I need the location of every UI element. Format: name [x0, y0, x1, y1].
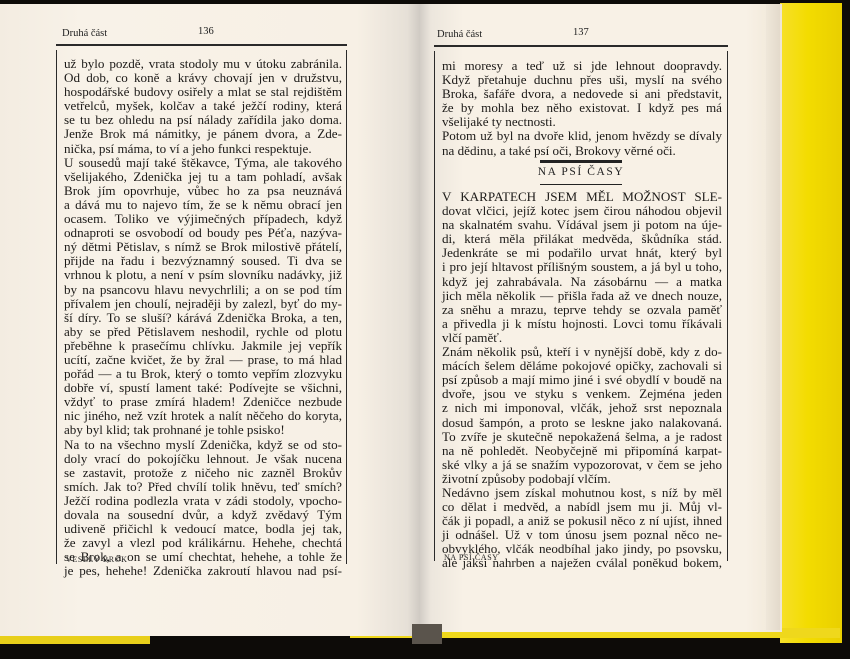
text-line: ji odnášel. Už v tom únosu jsem poznal n…	[442, 528, 722, 542]
text-line: vždyť to prase zmírá hladem! Zdeničce ne…	[64, 395, 342, 409]
text-line: smích. Jak to? Před chvílí tolik hněvu, …	[64, 480, 342, 494]
text-line: a dává mu to najevo tím, že se k němu ob…	[64, 198, 342, 212]
text-line: Znám několik psů, kteří i v nynější době…	[442, 345, 722, 359]
footer-left: VESELÝ BROK	[66, 555, 128, 564]
text-line: všelijakého, Zdenička jej tu a tam pohla…	[64, 170, 342, 184]
running-head-left: Druhá část	[62, 28, 107, 39]
text-line: aby se před Pětislavem neshodil, rychle …	[64, 325, 342, 339]
left-page-body-text: už bylo pozdě, vrata stodoly mu v útoku …	[64, 57, 342, 578]
text-line: odnaproti se osvobodí od boudy pes Péťa,…	[64, 226, 342, 240]
text-line: co dělat i medvěd, a nabídl jsem mu ji. …	[442, 500, 722, 514]
frame-right-rule	[346, 50, 347, 564]
text-line: na dědinu, a také psí oči, Brokovy věrné…	[442, 144, 722, 158]
text-line: ný dětmi Pětislav, s nímž se Brok milost…	[64, 240, 342, 254]
open-book: Druhá část 136 už bylo pozdě, vrata stod…	[0, 0, 850, 659]
section-rule-top	[540, 160, 622, 163]
text-line: je pes, hehehe! Zdenička zakroutí hlavou…	[64, 564, 342, 578]
text-line: a přivedla ji k místu hojnosti. Lovci to…	[442, 317, 722, 331]
text-line: dobře ví, spustí lament také: Podívejte …	[64, 381, 342, 395]
left-page: Druhá část 136 už bylo pozdě, vrata stod…	[0, 4, 420, 636]
text-line: životní způsoby podobají vlčím.	[442, 472, 722, 486]
right-page-body-text-top: mi moresy a teď už si jde lehnout doopra…	[442, 59, 722, 158]
text-line: přijde na řadu i bezvýznamný soused. Ti …	[64, 254, 342, 268]
text-line: že zavyl a vlezl pod králikárnu. Hehehe,…	[64, 536, 342, 550]
text-line: ocasem. Toliko ve výjimečných případech,…	[64, 212, 342, 226]
text-line: di, která měla přilákat medvěda, škůdník…	[442, 232, 722, 246]
text-line: Jedenkráte se mi podařilo urvat hnát, kt…	[442, 246, 722, 260]
text-line: z nich mi imponoval, vlčák, jehož srst n…	[442, 401, 722, 415]
frame-left-rule	[56, 50, 57, 564]
text-line: aby byl klid; tak prohnané je tohle psis…	[64, 423, 342, 437]
text-line: že by mohla bez něho existovat. I když p…	[442, 101, 722, 115]
text-line: doly vrací do pokojíčku lehnout. Je však…	[64, 452, 342, 466]
text-line: dosud šampón, a proto se leskne jako nal…	[442, 416, 722, 430]
text-line: dvoře, jsou ve styku s venkem. Zejména j…	[442, 387, 722, 401]
page-stack-edge	[766, 4, 780, 630]
text-line: už bylo pozdě, vrata stodoly mu v útoku …	[64, 57, 342, 71]
text-line: To zvíře je skutečně nepokažená šelma, a…	[442, 430, 722, 444]
right-page-body-text-main: V KARPATECH JSEM MĚL MOŽNOST SLE-dovat v…	[442, 190, 722, 571]
text-line: dovat vlčici, jejíž kotec jsem čirou náh…	[442, 204, 722, 218]
text-line: V KARPATECH JSEM MĚL MOŽNOST SLE-	[442, 190, 722, 204]
text-line: Brok jím opovrhuje, vůbec ho za psa neuz…	[64, 184, 342, 198]
running-head-right: Druhá část	[437, 29, 482, 40]
text-line: nic jiného, než vzít hrotek a nalít něče…	[64, 409, 342, 423]
text-line: vetřelců, myšek, kolčav a také ježčí rod…	[64, 99, 342, 113]
text-line: Jenže Brok má námitky, je pánem dvora, a…	[64, 127, 342, 141]
header-rule-right	[434, 45, 728, 47]
text-line: i pro její hltavost přílišným soustem, a…	[442, 260, 722, 274]
text-line: za sněhu a mrazu, teprve tehdy se ozvala…	[442, 303, 722, 317]
text-line: na ně pohledět. Neobyčejně mi připomíná …	[442, 444, 722, 458]
text-line: ucítí, začne kvičet, že by žral — prase,…	[64, 353, 342, 367]
text-line: by na psancovu hlavu nevychrlili; a on s…	[64, 283, 342, 297]
section-rule-bottom	[540, 184, 622, 185]
text-line: Nedávno jsem získal mohutnou kost, s níž…	[442, 486, 722, 500]
page-number-right: 137	[573, 27, 589, 38]
header-rule-left	[56, 44, 347, 46]
text-line: čák ji popadl, a aniž se pokusil něco z …	[442, 514, 722, 528]
text-line: udiveně přičichl k vedoucí matce, bodla …	[64, 522, 342, 536]
book-cover-yellow-edge	[780, 3, 842, 643]
text-line: psí způsob a mají mimo jiné i své obydlí…	[442, 373, 722, 387]
frame-left-rule	[434, 51, 435, 561]
text-line: mácích šelem děláme pokojové opičky, zac…	[442, 359, 722, 373]
right-page: Druhá část 137 mi moresy a teď už si jde…	[420, 4, 782, 632]
section-title: NA PSÍ ČASY	[510, 166, 652, 178]
text-line: na skalnatém svahu. Vídával jsem ji poto…	[442, 218, 722, 232]
text-line: mi moresy a teď už si jde lehnout doopra…	[442, 59, 722, 73]
text-line: když jej zahrabávala. Na zásobárnu — a m…	[442, 275, 722, 289]
text-line: ší díry. To se sluší? kárává Zdenička Br…	[64, 311, 342, 325]
page-number-left: 136	[198, 26, 214, 37]
text-line: Když přetahuje duchnu přes uši, myslí na…	[442, 73, 722, 87]
text-line: jich měla několik — přišla řada až ve dn…	[442, 289, 722, 303]
text-line: Broka, šafáře dvora, a nedovede si ani p…	[442, 87, 722, 101]
text-line: Na to na všechno myslí Zdenička, když se…	[64, 438, 342, 452]
text-line: U sousedů mají také štěkavce, Týma, ale …	[64, 156, 342, 170]
text-line: Ježčí rodina podlezla vrata v zádi stodo…	[64, 494, 342, 508]
text-line: pořád — a tu Brok, který o tomto vepřím …	[64, 367, 342, 381]
text-line: ské vlky a já se snažím vypozorovat, v č…	[442, 458, 722, 472]
text-line: hospodářské budovy osiřely a mlat se sta…	[64, 85, 342, 99]
footer-right: NA PSÍ ČASY	[444, 553, 499, 562]
text-line: se tu bez ohledu na psí nálady zařídila …	[64, 113, 342, 127]
book-spine-shadow	[412, 624, 442, 644]
text-line: nička, psí máma, to ví a jeho funkci res…	[64, 142, 342, 156]
text-line: přívalem jen choulí, nejraději by zalezl…	[64, 297, 342, 311]
text-line: dovala na sousední dvůr, a když zvědavý …	[64, 508, 342, 522]
text-line: vlčí paměť.	[442, 331, 722, 345]
text-line: vrhnou k plotu, a není v psím slovníku n…	[64, 268, 342, 282]
text-line: se zastavit, protože z ničeho nic zazněl…	[64, 466, 342, 480]
text-line: Potom už byl na dvoře klid, jenom hvězdy…	[442, 129, 722, 143]
text-line: Od dob, co koně a krávy chovají jen v dr…	[64, 71, 342, 85]
frame-right-rule	[727, 51, 728, 561]
text-line: přeběhne k prasečímu chlívku. Jakmile je…	[64, 339, 342, 353]
text-line: všelijaké ty nectnosti.	[442, 115, 722, 129]
